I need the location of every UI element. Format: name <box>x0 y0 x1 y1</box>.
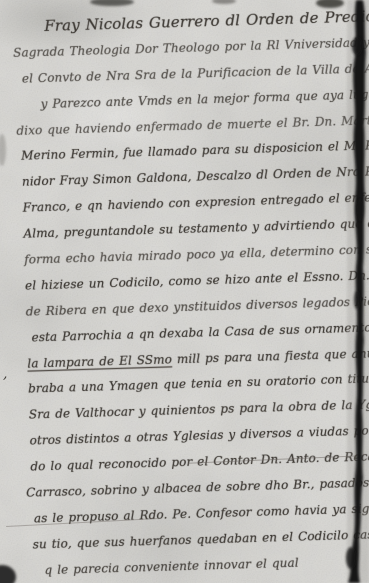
ink-smudge <box>0 565 16 583</box>
ink-smudge <box>90 0 134 6</box>
underlined-phrase: la lampara de El SSmo <box>27 352 172 370</box>
margin-mark: , <box>3 366 7 382</box>
manuscript-lines: Fray Nicolas Guerrero dl Orden de Predic… <box>10 5 369 583</box>
ink-smudge <box>212 0 236 4</box>
ink-smudge <box>0 134 6 166</box>
manuscript-page: Fray Nicolas Guerrero dl Orden de Predic… <box>0 0 369 583</box>
